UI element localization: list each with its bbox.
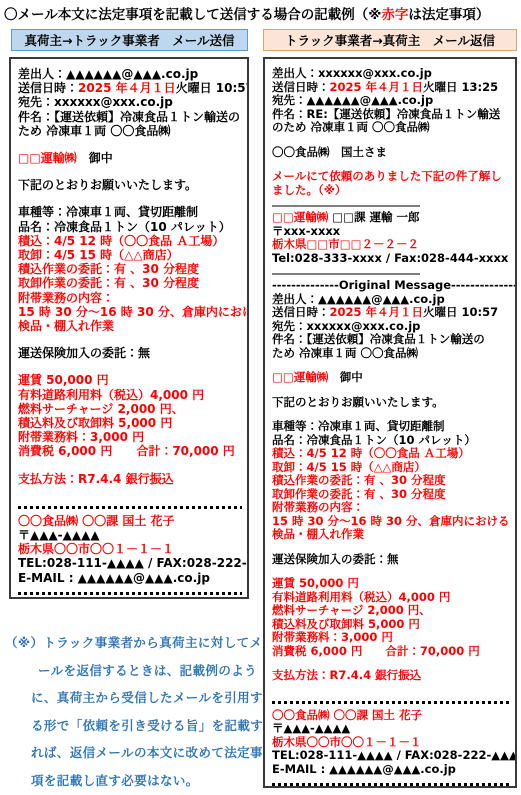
email-text-line: メールにて依頼のありました下記の件了解し	[272, 170, 510, 184]
email-text-line: 附帯業務の内容：	[18, 291, 242, 305]
email-text-line: ました。（※）	[272, 184, 510, 198]
legal-item-text: 取卸作業の委託：有 、30 分程度	[18, 276, 199, 290]
footnote: （※）トラック事業者から真荷主に対してメールを返信するときは、記載例のように、真…	[5, 629, 261, 794]
email-text: 車種等：冷凍車１両、貸切距離制	[272, 419, 445, 433]
email-text-line: 有料道路利用料（税込）4,000 円	[272, 591, 510, 605]
blank-line	[18, 486, 242, 499]
footnote-line: に、真荷主から受信したメールを引用す	[5, 684, 261, 712]
email-text-line: TEL:028-111-▲▲▲▲ / FAX:028-222-▲▲▲▲	[272, 749, 510, 763]
legal-item-text: 2025 年４月１日	[330, 80, 424, 94]
email-text: TEL:028-111-▲▲▲▲ / FAX:028-222-▲▲▲▲	[18, 556, 249, 570]
legal-item-text: 取卸作業の委託：有 、30 分程度	[272, 487, 446, 501]
email-text-line: 差出人：▲▲▲▲▲▲@▲▲▲.co.jp	[18, 67, 242, 81]
email-text: 宛先：xxxxxx@xxx.co.jp	[18, 95, 173, 109]
email-text-line: 栃木県〇〇市〇〇１－１－１	[18, 542, 242, 556]
email-text-line: 取卸：4/5 15 時（△△商店）	[272, 461, 510, 475]
email-text-line: 栃木県□□市□□２－２－２	[272, 238, 510, 252]
email-text: 宛先：xxxxxx@xxx.co.jp	[272, 319, 420, 333]
email-text-line: 運送保険加入の委託：無	[272, 553, 510, 567]
email-text-line: □□運輸㈱ 御中	[18, 151, 242, 165]
carrier-to-shipper-header: トラック事業者→真荷主 メール返信	[263, 29, 517, 51]
email-text: E-MAIL : ▲▲▲▲▲▲@▲▲▲.co.jp	[18, 571, 210, 585]
shipper-to-carrier-header: 真荷主→トラック事業者 メール送信	[11, 29, 248, 51]
email-text: 送信日時：	[272, 80, 330, 94]
email-text-line: 支払方法：R7.4.4 銀行振込	[272, 669, 510, 683]
email-text-line: E-MAIL : ▲▲▲▲▲▲@▲▲▲.co.jp	[272, 763, 510, 777]
email-text: --------------Original Message----------…	[272, 278, 517, 292]
email-text: 火曜日 10:57	[423, 305, 498, 319]
dotted-signature-separator	[18, 506, 242, 509]
legal-item-text: 消費税 6,000 円 合計：70,000 円	[272, 644, 480, 658]
legal-item-text: 15 時 30 分～16 時 30 分、倉庫内における	[272, 514, 510, 528]
email-text: 火曜日 13:25	[423, 80, 498, 94]
dotted-signature-separator	[18, 592, 242, 595]
legal-item-text: 燃料サーチャージ 2,000 円、	[272, 603, 431, 617]
email-text-line: 品名：冷凍食品１トン（10 パレット）	[18, 220, 242, 234]
email-text-line: 〇〇食品㈱ 国土さま	[272, 146, 510, 160]
email-text-line: 下記のとおりお願いいたします。	[272, 396, 510, 410]
email-text-line: 下記のとおりお願いいたします。	[18, 178, 242, 192]
legal-item-text: 運賃 50,000 円	[272, 576, 359, 590]
legal-item-text: 〇〇食品㈱ 〇〇課 国土 花子	[18, 514, 175, 528]
legal-item-text: 栃木県□□市□□２－２－２	[272, 237, 419, 251]
footnote-line: （※）トラック事業者から真荷主に対してメ	[5, 629, 261, 657]
blank-line	[18, 138, 242, 151]
email-text-line: 附帯業務料：3,000 円	[272, 631, 510, 645]
email-text-line: TEL:028-111-▲▲▲▲ / FAX:028-222-▲▲▲▲	[18, 556, 242, 570]
blank-line	[18, 333, 242, 346]
dotted-signature-separator	[272, 701, 510, 704]
email-text-line: 件名：【運送依頼】冷凍食品１トン輸送の	[272, 333, 510, 347]
dotted-signature-separator	[272, 783, 510, 786]
legal-item-text: 〇〇食品㈱ 〇〇課 国土 花子	[272, 708, 422, 722]
page-title-pre: 〇メール本文に法定事項を記載して送信する場合の記載例（※	[4, 7, 381, 23]
legal-item-text: 附帯業務の内容：	[18, 291, 114, 305]
legal-item-text: 積込：4/5 12 時（〇〇食品 Ａ工場）	[18, 234, 224, 248]
shipper-email-box: 差出人：▲▲▲▲▲▲@▲▲▲.co.jp送信日時：2025 年４月１日火曜日 1…	[9, 57, 249, 599]
footnote-line: れば、返信メールの本文に改めて法定事	[5, 739, 261, 767]
email-text-line: 積込作業の委託：有 、30 分程度	[18, 262, 242, 276]
email-text: 差出人：xxxxxx@xxx.co.jp	[272, 66, 432, 80]
page-title-highlight: 赤字	[381, 7, 408, 23]
email-text-line: 送信日時：2025 年４月１日火曜日 10:57	[18, 81, 242, 95]
email-text-line: 取卸作業の委託：有 、30 分程度	[272, 488, 510, 502]
legal-item-text: 支払方法：R7.4.4 銀行振込	[18, 472, 174, 486]
email-text: 送信日時：	[272, 305, 330, 319]
email-text-line: 送信日時：2025 年４月１日火曜日 13:25	[272, 81, 510, 95]
email-text: 件名：RE:【運送依頼】冷凍食品１トン輸送	[272, 107, 500, 121]
email-text-line: Tel:028-333-xxxx / Fax:028-444-xxxx	[272, 252, 510, 266]
email-text: 御中	[77, 151, 113, 165]
email-text-line: 取卸作業の委託：有 、30 分程度	[18, 276, 242, 290]
email-text-line: 宛先：xxxxxx@xxx.co.jp	[272, 320, 510, 334]
email-text-line: 有料道路利用料（税込）4,000 円	[18, 388, 242, 402]
legal-item-text: 積込料及び取卸料 5,000 円	[272, 617, 420, 631]
email-text-line: E-MAIL : ▲▲▲▲▲▲@▲▲▲.co.jp	[18, 571, 242, 585]
email-text: 宛先：▲▲▲▲▲▲@▲▲▲.co.jp	[272, 93, 433, 107]
legal-item-text: 栃木県〇〇市〇〇１－１－１	[18, 542, 174, 556]
email-text-line: 検品・棚入れ作業	[18, 319, 242, 333]
email-text-line: 差出人：▲▲▲▲▲▲@▲▲▲.co.jp	[272, 293, 510, 307]
email-text-line: 運賃 50,000 円	[18, 373, 242, 387]
legal-item-text: 有料道路利用料（税込）4,000 円	[272, 590, 450, 604]
footnote-line: 項を記載し直す必要はない。	[5, 767, 261, 795]
email-text-line: 件名：RE:【運送依頼】冷凍食品１トン輸送	[272, 108, 510, 122]
document-page: { "title": { "pre": "〇メール本文に法定事項を記載して送信す…	[0, 0, 521, 795]
email-text-line: 取卸：4/5 15 時（△△商店）	[18, 248, 242, 262]
email-text-line: 積込：4/5 12 時（〇〇食品 Ａ工場）	[272, 447, 510, 461]
email-text-line: 〒xxx-xxxx	[272, 225, 510, 239]
email-text: □□課 運輸 一郎	[328, 210, 419, 224]
email-text-line: 差出人：xxxxxx@xxx.co.jp	[272, 67, 510, 81]
email-text-line: 積込料及び取卸料 5,000 円	[18, 416, 242, 430]
blank-line	[18, 459, 242, 472]
email-text-line: 積込料及び取卸料 5,000 円	[272, 618, 510, 632]
legal-item-text: 運賃 50,000 円	[18, 373, 109, 387]
email-text-line: 15 時 30 分～16 時 30 分、倉庫内における	[272, 515, 510, 529]
email-text-line: 送信日時：2025 年４月１日火曜日 10:57	[272, 306, 510, 320]
email-text-line: □□運輸㈱ 御中	[272, 371, 510, 385]
email-text-line: ため 冷凍車１両 〇〇食品㈱	[272, 347, 510, 361]
legal-item-text: 有料道路利用料（税込）4,000 円	[18, 388, 204, 402]
email-text: 下記のとおりお願いいたします。	[272, 395, 444, 409]
page-title-post: は法定事項）	[408, 7, 489, 23]
email-text: 運送保険加入の委託：無	[18, 346, 150, 360]
email-text: 〒▲▲▲-▲▲▲▲	[272, 721, 350, 735]
email-text: ため 冷凍車１両 〇〇食品㈱	[272, 346, 418, 360]
email-text: TEL:028-111-▲▲▲▲ / FAX:028-222-▲▲▲▲	[272, 748, 517, 762]
legal-item-text: 積込料及び取卸料 5,000 円	[18, 416, 172, 430]
email-text-line: のため 冷凍車１両 〇〇食品㈱	[272, 121, 510, 135]
email-text-line: 栃木県〇〇市〇〇１－１－１	[272, 736, 510, 750]
email-text: E-MAIL : ▲▲▲▲▲▲@▲▲▲.co.jp	[272, 762, 456, 776]
blank-line	[18, 192, 242, 205]
email-text-line: 積込：4/5 12 時（〇〇食品 Ａ工場）	[18, 234, 242, 248]
email-text-line: 15 時 30 分～16 時 30 分、倉庫内における	[18, 305, 242, 319]
legal-item-text: □□運輸㈱	[18, 151, 77, 165]
email-text-line: 燃料サーチャージ 2,000 円、	[18, 402, 242, 416]
email-text-line: 積込作業の委託：有 、30 分程度	[272, 474, 510, 488]
email-text-line: 〒▲▲▲-▲▲▲▲	[18, 528, 242, 542]
legal-item-text: 積込作業の委託：有 、30 分程度	[272, 473, 446, 487]
signature-separator-line	[272, 273, 420, 275]
email-text-line: 附帯業務の内容：	[272, 501, 510, 515]
legal-item-text: 2025 年４月１日	[330, 305, 424, 319]
email-text-line: 車種等：冷凍車１両、貸切距離制	[18, 205, 242, 219]
legal-item-text: 附帯業務料：3,000 円	[272, 630, 393, 644]
email-text-line: ため 冷凍車１両 〇〇食品㈱	[18, 124, 242, 138]
legal-item-text: 検品・棚入れ作業	[18, 319, 114, 333]
email-text: 差出人：▲▲▲▲▲▲@▲▲▲.co.jp	[272, 292, 445, 306]
email-text-line: 運送保険加入の委託：無	[18, 346, 242, 360]
email-text: 品名：冷凍食品１トン（10 パレット）	[18, 220, 231, 234]
email-text-line: 消費税 6,000 円 合計：70,000 円	[18, 444, 242, 458]
email-text: 下記のとおりお願いいたします。	[18, 178, 197, 192]
page-title: 〇メール本文に法定事項を記載して送信する場合の記載例（※赤字は法定事項）	[4, 3, 518, 23]
email-text: 品名：冷凍食品１トン（10 パレット）	[272, 433, 476, 447]
footnote-line: ールを返信するときは、記載例のよう	[5, 657, 261, 685]
legal-item-text: □□運輸㈱	[272, 210, 328, 224]
email-text-line: 検品・棚入れ作業	[272, 528, 510, 542]
legal-item-text: 検品・棚入れ作業	[272, 527, 364, 541]
blank-line	[18, 360, 242, 373]
legal-item-text: 積込作業の委託：有 、30 分程度	[18, 262, 199, 276]
footnote-line: る形で「依頼を引き受ける旨」を記載す	[5, 712, 261, 740]
email-text: 件名：【運送依頼】冷凍食品１トン輸送の	[18, 110, 240, 124]
legal-item-text: 2025 年４月１日	[78, 81, 176, 95]
email-text: 火曜日 10:57	[176, 81, 249, 95]
email-text-line: 附帯業務料：3,000 円	[18, 430, 242, 444]
blank-line	[18, 165, 242, 178]
blank-line	[272, 683, 510, 694]
email-text: 送信日時：	[18, 81, 78, 95]
email-text-line: 〇〇食品㈱ 〇〇課 国土 花子	[272, 709, 510, 723]
email-text: 〇〇食品㈱ 国土さま	[272, 145, 387, 159]
email-text: のため 冷凍車１両 〇〇食品㈱	[272, 120, 430, 134]
email-text-line: 件名：【運送依頼】冷凍食品１トン輸送の	[18, 110, 242, 124]
email-text: Tel:028-333-xxxx / Fax:028-444-xxxx	[272, 251, 508, 265]
email-text-line: 燃料サーチャージ 2,000 円、	[272, 604, 510, 618]
carrier-reply-email-box: 差出人：xxxxxx@xxx.co.jp送信日時：2025 年４月１日火曜日 1…	[263, 57, 517, 788]
email-text-line: 消費税 6,000 円 合計：70,000 円	[272, 645, 510, 659]
email-text-line: □□運輸㈱ □□課 運輸 一郎	[272, 211, 510, 225]
email-text: 〒xxx-xxxx	[272, 224, 340, 238]
legal-item-text: 栃木県〇〇市〇〇１－１－１	[272, 735, 422, 749]
email-text-line: --------------Original Message----------…	[272, 279, 510, 293]
legal-item-text: 附帯業務料：3,000 円	[18, 430, 144, 444]
legal-item-text: 取卸：4/5 15 時（△△商店）	[18, 248, 179, 262]
legal-item-text: □□運輸㈱	[272, 370, 328, 384]
email-text: 件名：【運送依頼】冷凍食品１トン輸送の	[272, 332, 485, 346]
legal-item-text: 消費税 6,000 円 合計：70,000 円	[18, 444, 235, 458]
email-text-line: 〇〇食品㈱ 〇〇課 国土 花子	[18, 514, 242, 528]
email-text: 差出人：▲▲▲▲▲▲@▲▲▲.co.jp	[18, 67, 198, 81]
signature-separator-line	[272, 205, 420, 207]
legal-item-text: 支払方法：R7.4.4 銀行振込	[272, 668, 421, 682]
legal-item-text: 15 時 30 分～16 時 30 分、倉庫内における	[18, 305, 249, 319]
email-text-line: 支払方法：R7.4.4 銀行振込	[18, 472, 242, 486]
legal-item-text: 積込：4/5 12 時（〇〇食品 Ａ工場）	[272, 446, 470, 460]
legal-item-text: メールにて依頼のありました下記の件了解し	[272, 169, 502, 183]
email-text-line: 宛先：xxxxxx@xxx.co.jp	[18, 95, 242, 109]
legal-item-text: 取卸：4/5 15 時（△△商店）	[272, 460, 426, 474]
email-text: 〒▲▲▲-▲▲▲▲	[18, 528, 100, 542]
email-text: 車種等：冷凍車１両、貸切距離制	[18, 205, 198, 219]
legal-item-text: 附帯業務の内容：	[272, 500, 364, 514]
email-text: ため 冷凍車１両 〇〇食品㈱	[18, 124, 170, 138]
email-text: 御中	[328, 370, 363, 384]
email-text-line: 運賃 50,000 円	[272, 577, 510, 591]
email-text: 運送保険加入の委託：無	[272, 552, 399, 566]
email-text-line: 品名：冷凍食品１トン（10 パレット）	[272, 434, 510, 448]
email-text-line: 〒▲▲▲-▲▲▲▲	[272, 722, 510, 736]
email-text-line: 車種等：冷凍車１両、貸切距離制	[272, 420, 510, 434]
legal-item-text: ました。（※）	[272, 183, 346, 197]
legal-item-text: 燃料サーチャージ 2,000 円、	[18, 402, 184, 416]
email-text-line: 宛先：▲▲▲▲▲▲@▲▲▲.co.jp	[272, 94, 510, 108]
